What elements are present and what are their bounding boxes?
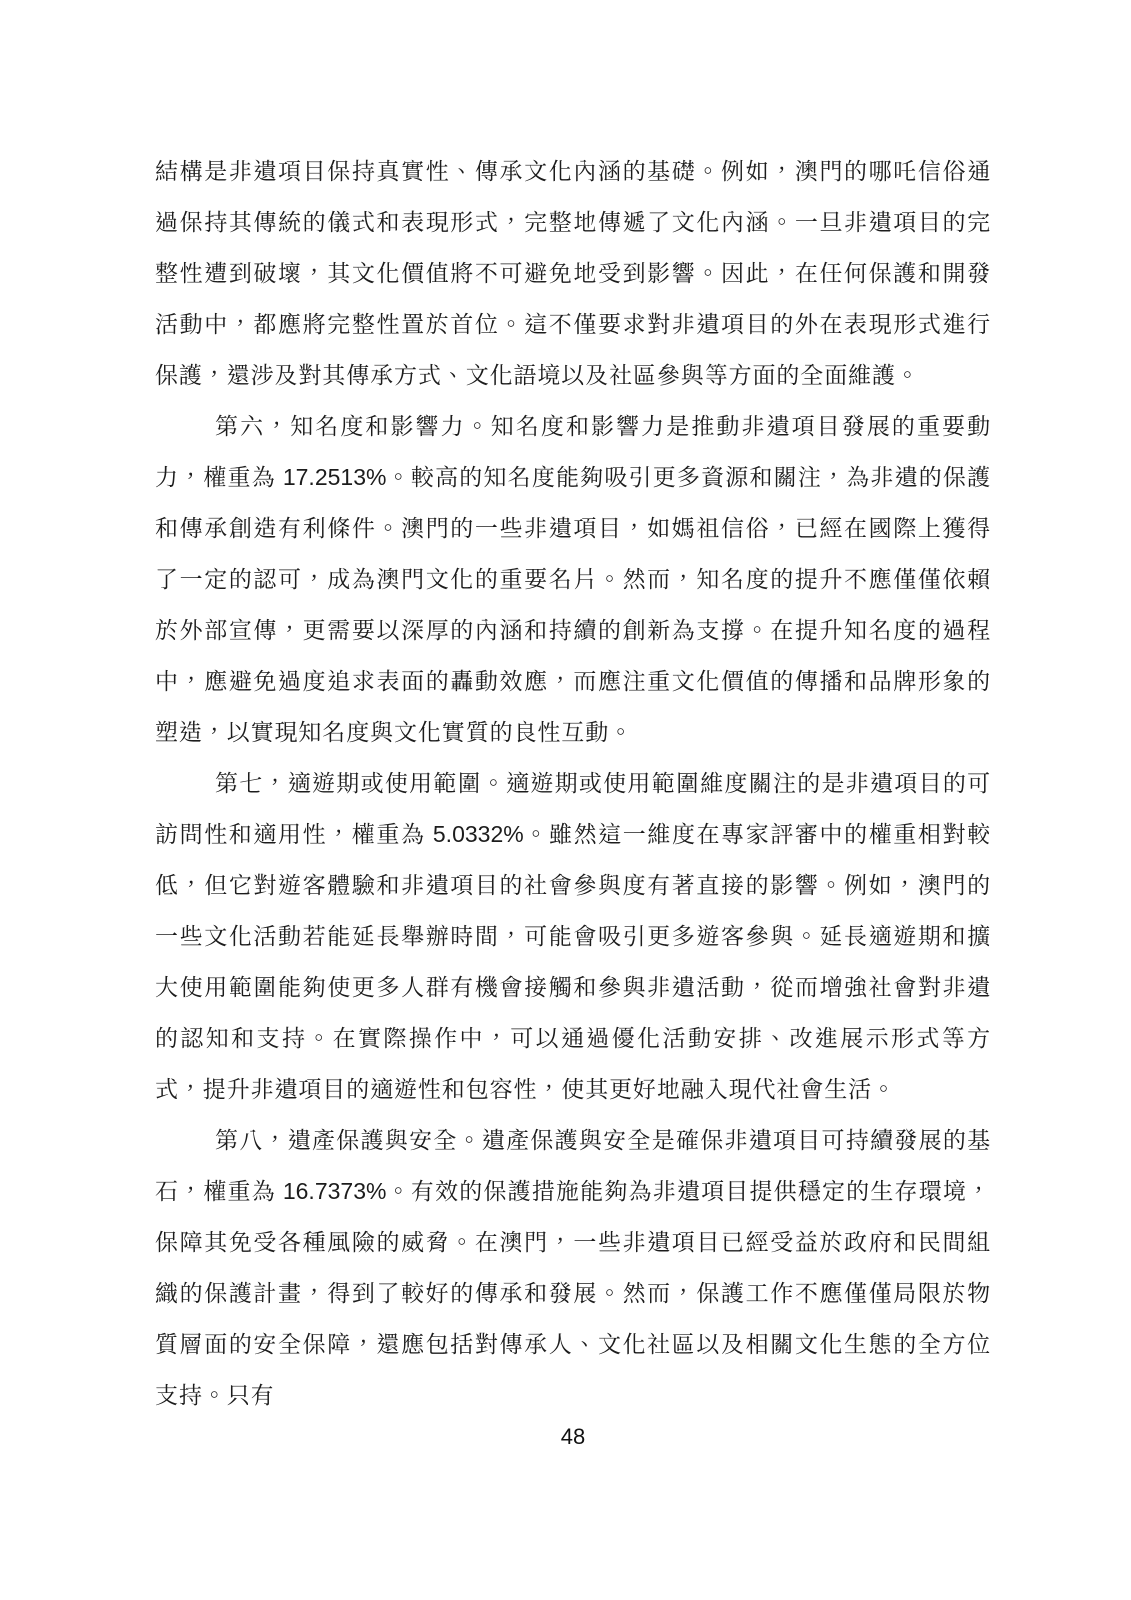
paragraph-seventh-dimension-usage-period: 第七，適遊期或使用範圍。適遊期或使用範圍維度關注的是非遺項目的可訪問性和適用性，…	[155, 758, 991, 1115]
paragraph-sixth-dimension-fame-influence: 第六，知名度和影響力。知名度和影響力是推動非遺項目發展的重要動力，權重為 17.…	[155, 401, 991, 758]
document-page: 結構是非遺項目保持真實性、傳承文化內涵的基礎。例如，澳門的哪吒信俗通過保持其傳統…	[0, 0, 1131, 1600]
page-number: 48	[155, 1422, 991, 1452]
paragraph-eighth-dimension-protection-safety: 第八，遺產保護與安全。遺產保護與安全是確保非遺項目可持續發展的基石，權重為 16…	[155, 1115, 991, 1421]
paragraph-continuation-integrity: 結構是非遺項目保持真實性、傳承文化內涵的基礎。例如，澳門的哪吒信俗通過保持其傳統…	[155, 146, 991, 401]
document-body: 結構是非遺項目保持真實性、傳承文化內涵的基礎。例如，澳門的哪吒信俗通過保持其傳統…	[155, 146, 991, 1421]
